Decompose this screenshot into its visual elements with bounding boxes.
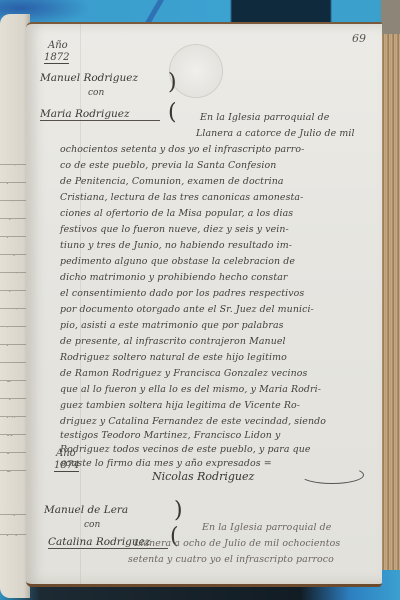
entry1-line: de Penitencia, Comunion, examen de doctr…	[60, 176, 284, 187]
entry1-line: ciones al ofertorio de la Misa popular, …	[60, 208, 293, 219]
folio-number: 69	[352, 32, 366, 45]
left-fragment: ...nte	[0, 200, 28, 202]
entry1-line: dicho matrimonio y prohibiendo hecho con…	[60, 272, 288, 283]
entry1-line: guez tambien soltera hija legitima de Vi…	[60, 400, 300, 411]
page-edges-stack	[380, 34, 400, 570]
left-fragment: ...esta	[0, 164, 28, 166]
entry1-line: festivos que lo fueron nueve, diez y sei…	[60, 224, 289, 235]
entry1-year: 1872	[44, 52, 69, 64]
entry1-conjunction: con	[88, 88, 104, 98]
entry1-year-label: Año	[48, 40, 68, 51]
left-fragment: ...De	[0, 470, 28, 472]
entry1-line: ochocientos setenta y dos yo el infrascr…	[60, 144, 304, 155]
entry1-brace-bottom: (	[168, 100, 177, 125]
entry1-signature: Nicolas Rodriguez	[152, 470, 254, 483]
entry2-line: setenta y cuatro yo el infrascripto parr…	[128, 554, 334, 565]
left-fragment: ...de	[0, 398, 28, 400]
entry1-line: Rodriguez soltero natural de este hijo l…	[60, 352, 287, 363]
entry1-brace-top: )	[168, 70, 177, 95]
entry1-line: co de este pueblo, previa la Santa Confe…	[60, 160, 276, 171]
left-fragment: ...do	[0, 218, 28, 220]
left-fragment: ...ade	[0, 254, 28, 256]
entry1-line: el consentimiento dado por los padres re…	[60, 288, 304, 299]
entry1-line: testigos Teodoro Martinez, Francisco Lid…	[60, 430, 280, 441]
entry1-groom: Manuel Rodriguez	[40, 72, 138, 84]
entry1-line: tiuno y tres de Junio, no habiendo resul…	[60, 240, 292, 251]
left-fragment: ...ledo	[0, 534, 28, 536]
entry1-line: de presente, al infrascrito contrajeron …	[60, 336, 286, 347]
entry2-brace-top: )	[174, 498, 183, 523]
left-fragment: ...De	[0, 380, 28, 382]
entry1-line: Cristiana, lectura de las tres canonicas…	[60, 192, 303, 203]
left-fragment: ...ente	[0, 308, 28, 310]
left-fragment: ...en	[0, 362, 28, 364]
left-fragment: ...Juan	[0, 452, 28, 454]
left-fragment: ...Hor	[0, 434, 28, 436]
left-fragment: ...to	[0, 326, 28, 328]
entry1-line: pedimento alguno que obstase la celebrac…	[60, 256, 295, 267]
entry1-line: driguez y Catalina Fernandez de este vec…	[60, 416, 326, 427]
entry2-year-label: Año	[56, 448, 76, 459]
entry2-year: 1874	[54, 460, 79, 472]
entry1-line: Rodriguez todos vecinos de este pueblo, …	[60, 444, 311, 455]
entry2-line: Llanera a ocho de Julio de mil ochocient…	[134, 538, 340, 549]
entry1-line: que al lo fueron y ella lo es del mismo,…	[60, 384, 321, 395]
signature-flourish	[300, 466, 364, 484]
entry1-line: Llanera a catorce de Julio de mil	[196, 128, 355, 139]
entry1-line: de Ramon Rodriguez y Francisca Gonzalez …	[60, 368, 307, 379]
entry2-line: En la Iglesia parroquial de	[202, 522, 331, 533]
entry1-line: En la Iglesia parroquial de	[200, 112, 329, 123]
left-fragment: ...la	[0, 182, 28, 184]
entry1-line: pio, asisti a este matrimonio que por pa…	[60, 320, 284, 331]
left-fragment: ...lo	[0, 344, 28, 346]
left-fragment: ...ndo	[0, 514, 28, 516]
embossed-seal-icon	[170, 45, 222, 97]
entry1-bride: Maria Rodriguez	[40, 108, 160, 121]
left-fragment: ...hija	[0, 416, 28, 418]
left-fragment: ...ho	[0, 236, 28, 238]
entry1-line: por documento otorgado ante el Sr. Juez …	[60, 304, 314, 315]
left-fragment: ...de	[0, 290, 28, 292]
entry2-groom: Manuel de Lera	[44, 504, 128, 516]
entry2-conjunction: con	[84, 520, 100, 530]
left-fragment: ...ente	[0, 272, 28, 274]
entry1-line: conste lo firmo dia mes y año expresados…	[60, 458, 272, 469]
